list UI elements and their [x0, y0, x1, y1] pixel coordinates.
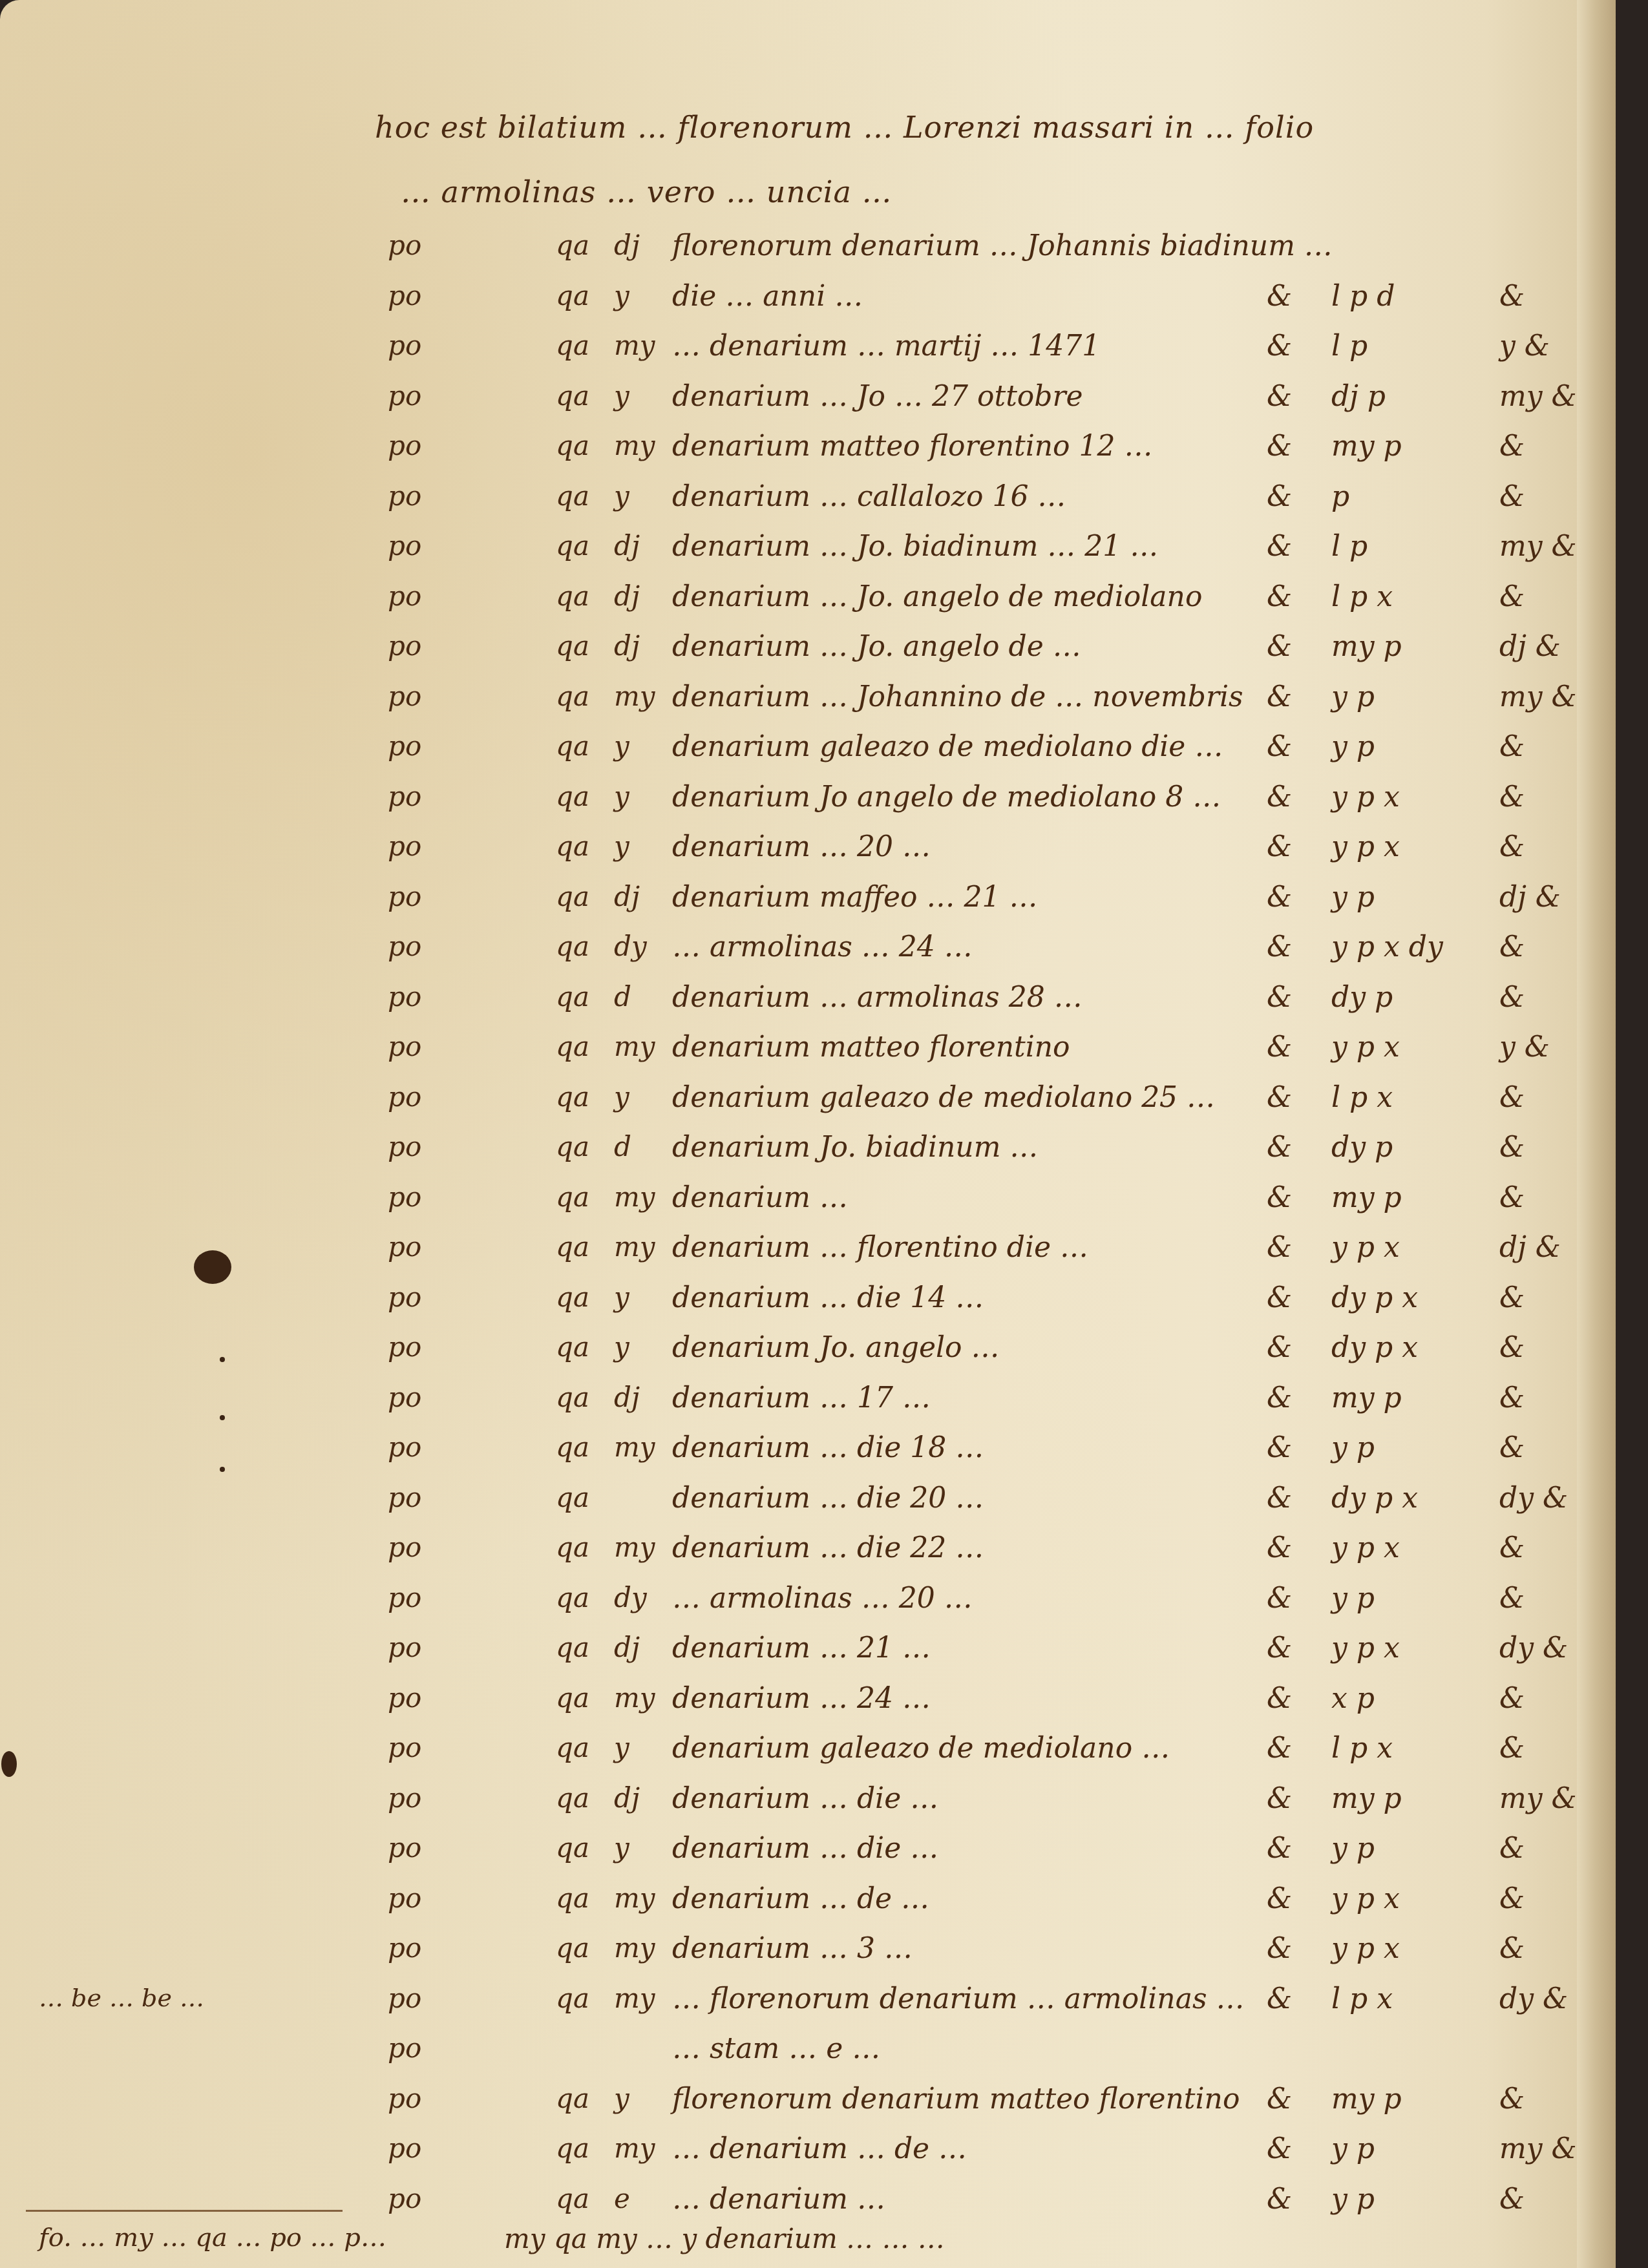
row-value: y p x [1331, 1632, 1400, 1664]
row-end: & [1499, 480, 1525, 513]
row-text: denarium … 21 … [672, 1632, 931, 1664]
row-amp: & [1267, 330, 1292, 362]
row-text: denarium … die … [672, 1782, 938, 1815]
row-qty: my [614, 2132, 655, 2164]
footer-rule [26, 2210, 343, 2212]
ledger-row: poqamydenarium … die 18 …&y p& [0, 1431, 1616, 1478]
row-end: & [1499, 1381, 1525, 1414]
row-qty: y [614, 280, 629, 311]
row-mark: po [388, 1982, 421, 2014]
row-qty: y [614, 730, 629, 762]
row-mark: po [388, 680, 421, 712]
manuscript-page: hoc est bilatium … florenorum … Lorenzi … [0, 0, 1616, 2268]
row-amp: & [1267, 1281, 1292, 1314]
row-value: y p [1331, 881, 1375, 914]
ledger-row: poqaydie … anni …&l p d& [0, 280, 1616, 326]
row-qty: my [614, 430, 655, 461]
row-text: denarium … die 22 … [672, 1531, 984, 1564]
row-qty: my [614, 680, 655, 712]
ledger-row: poqaydenarium … Jo … 27 ottobre&dj pmy & [0, 380, 1616, 426]
row-text: denarium … Jo. biadinum … 21 … [672, 530, 1158, 563]
row-qty: y [614, 2083, 629, 2114]
ledger-row: poqadjdenarium maffeo … 21 …&y pdj & [0, 881, 1616, 927]
row-mark: po [388, 1832, 421, 1864]
ledger-row: poqadjdenarium … 21 …&y p xdy & [0, 1632, 1616, 1678]
row-text: die … anni … [672, 280, 863, 313]
row-id: qa [556, 881, 589, 912]
row-text: … denarium … [672, 2183, 885, 2216]
row-text: … stam … e … [672, 2032, 880, 2065]
row-id: qa [556, 1782, 589, 1814]
row-id: qa [556, 1081, 589, 1113]
ledger-row: poqamy… florenorum denarium … armolinas … [0, 1982, 1616, 2029]
row-qty: dj [614, 580, 640, 612]
row-mark: po [388, 2183, 421, 2214]
row-value: l p [1331, 330, 1368, 362]
row-amp: & [1267, 1081, 1292, 1114]
row-id: qa [556, 1932, 589, 1964]
row-qty: dj [614, 530, 640, 562]
row-value: l p [1331, 530, 1368, 563]
row-value: dy p x [1331, 1331, 1418, 1364]
row-qty: y [614, 830, 629, 862]
row-end: dy & [1499, 1982, 1568, 2015]
row-id: qa [556, 229, 589, 261]
row-end: dj & [1499, 630, 1561, 663]
row-mark: po [388, 981, 421, 1013]
row-value: l p d [1331, 280, 1395, 313]
row-text: denarium … de … [672, 1882, 929, 1915]
row-end: & [1499, 781, 1525, 814]
row-text: denarium … Jo. angelo de mediolano [672, 580, 1202, 613]
row-mark: po [388, 430, 421, 461]
row-value: y p x [1331, 1882, 1400, 1915]
ledger-row: poqae… denarium …&y p& [0, 2183, 1616, 2229]
row-mark: po [388, 2032, 421, 2064]
ledger-row: poqaydenarium galeazo de mediolano die …… [0, 730, 1616, 777]
ledger-row: po… stam … e … [0, 2032, 1616, 2079]
row-end: & [1499, 1832, 1525, 1865]
row-mark: po [388, 1231, 421, 1263]
ledger-row: poqadjdenarium … Jo. biadinum … 21 …&l p… [0, 530, 1616, 576]
row-text: denarium maffeo … 21 … [672, 881, 1038, 914]
row-qty: my [614, 1982, 655, 2014]
row-id: qa [556, 680, 589, 712]
row-value: y p x [1331, 1932, 1400, 1965]
row-end: & [1499, 2183, 1525, 2216]
row-mark: po [388, 1031, 421, 1062]
row-mark: po [388, 2083, 421, 2114]
row-amp: & [1267, 580, 1292, 613]
row-amp: & [1267, 2132, 1292, 2165]
row-qty: dj [614, 229, 640, 261]
row-amp: & [1267, 1331, 1292, 1364]
row-mark: po [388, 1732, 421, 1763]
row-text: … florenorum denarium … armolinas … [672, 1982, 1244, 2015]
row-end: y & [1499, 1031, 1550, 1064]
row-amp: & [1267, 1231, 1292, 1264]
row-text: denarium … die 14 … [672, 1281, 984, 1314]
row-text: denarium … die 20 … [672, 1482, 984, 1515]
row-amp: & [1267, 1531, 1292, 1564]
row-amp: & [1267, 1431, 1292, 1464]
row-end: dy & [1499, 1632, 1568, 1664]
row-qty: y [614, 781, 629, 812]
ledger-row: poqaydenarium … die 14 …&dy p x& [0, 1281, 1616, 1328]
row-amp: & [1267, 830, 1292, 863]
row-qty: my [614, 1031, 655, 1062]
row-qty: my [614, 1932, 655, 1964]
row-id: qa [556, 480, 589, 512]
row-id: qa [556, 1281, 589, 1313]
row-text: denarium … armolinas 28 … [672, 981, 1083, 1014]
row-qty: y [614, 480, 629, 512]
row-mark: po [388, 1281, 421, 1313]
row-id: qa [556, 1632, 589, 1663]
row-end: & [1499, 981, 1525, 1014]
row-amp: & [1267, 1782, 1292, 1815]
row-qty: y [614, 1281, 629, 1313]
row-mark: po [388, 1131, 421, 1162]
row-id: qa [556, 1732, 589, 1763]
row-mark: po [388, 280, 421, 311]
row-qty: y [614, 1732, 629, 1763]
row-value: y p x [1331, 1031, 1400, 1064]
row-qty: my [614, 1231, 655, 1263]
row-end: & [1499, 830, 1525, 863]
ledger-row: poqady… armolinas … 20 …&y p& [0, 1582, 1616, 1628]
row-amp: & [1267, 430, 1292, 463]
row-amp: & [1267, 781, 1292, 814]
row-qty: my [614, 1682, 655, 1714]
row-end: & [1499, 930, 1525, 963]
row-end: & [1499, 1281, 1525, 1314]
row-id: qa [556, 1582, 589, 1613]
row-mark: po [388, 1682, 421, 1714]
row-value: dy p x [1331, 1281, 1418, 1314]
row-value: my p [1331, 430, 1402, 463]
row-id: qa [556, 580, 589, 612]
row-amp: & [1267, 680, 1292, 713]
row-end: y & [1499, 330, 1550, 362]
row-qty: y [614, 1331, 629, 1363]
row-text: denarium … Johannino de … novembris [672, 680, 1243, 713]
row-amp: & [1267, 1832, 1292, 1865]
row-value: y p [1331, 680, 1375, 713]
row-text: denarium … 17 … [672, 1381, 931, 1414]
row-amp: & [1267, 1381, 1292, 1414]
row-value: dy p [1331, 1131, 1393, 1164]
row-text: denarium … [672, 1181, 848, 1214]
ledger-row: poqadenarium … die 20 …&dy p xdy & [0, 1482, 1616, 1528]
row-value: y p [1331, 2132, 1375, 2165]
row-qty: my [614, 1531, 655, 1563]
row-amp: & [1267, 1582, 1292, 1615]
row-id: qa [556, 1331, 589, 1363]
row-amp: & [1267, 1031, 1292, 1064]
row-value: p [1331, 480, 1349, 513]
row-id: qa [556, 1131, 589, 1162]
row-end: & [1499, 280, 1525, 313]
row-id: qa [556, 2132, 589, 2164]
row-end: my & [1499, 2132, 1577, 2165]
row-text: denarium … Jo … 27 ottobre [672, 380, 1083, 413]
row-mark: po [388, 1932, 421, 1964]
heading-line-1: hoc est bilatium … florenorum … Lorenzi … [375, 110, 1314, 145]
ledger-row: poqadjflorenorum denarium … Johannis bia… [0, 229, 1616, 276]
row-text: … armolinas … 24 … [672, 930, 973, 963]
ledger-row: poqamydenarium …&my p& [0, 1181, 1616, 1228]
row-mark: po [388, 2132, 421, 2164]
row-text: denarium matteo florentino [672, 1031, 1070, 1064]
row-end: & [1499, 2083, 1525, 2116]
row-value: y p x [1331, 781, 1400, 814]
row-mark: po [388, 881, 421, 912]
row-value: my p [1331, 1782, 1402, 1815]
row-id: qa [556, 1682, 589, 1714]
row-id: qa [556, 1431, 589, 1463]
row-id: qa [556, 330, 589, 361]
row-amp: & [1267, 981, 1292, 1014]
row-end: my & [1499, 680, 1577, 713]
row-mark: po [388, 1431, 421, 1463]
row-text: denarium … florentino die … [672, 1231, 1088, 1264]
row-id: qa [556, 730, 589, 762]
row-mark: po [388, 1081, 421, 1113]
row-id: qa [556, 830, 589, 862]
ledger-row: poqaydenarium Jo angelo de mediolano 8 …… [0, 781, 1616, 827]
ledger-row: poqadjdenarium … die …&my pmy & [0, 1782, 1616, 1829]
row-mark: po [388, 229, 421, 261]
row-end: my & [1499, 380, 1577, 413]
row-amp: & [1267, 881, 1292, 914]
row-id: qa [556, 1231, 589, 1263]
row-amp: & [1267, 1632, 1292, 1664]
row-value: y p [1331, 730, 1375, 763]
row-id: qa [556, 1381, 589, 1413]
row-text: denarium Jo. biadinum … [672, 1131, 1038, 1164]
ledger-row: poqadjdenarium … Jo. angelo de …&my pdj … [0, 630, 1616, 677]
left-margin-note: … be … be … [39, 1984, 204, 2012]
row-amp: & [1267, 2083, 1292, 2116]
row-qty: dj [614, 1782, 640, 1814]
row-end: & [1499, 1682, 1525, 1715]
row-end: & [1499, 1431, 1525, 1464]
row-mark: po [388, 1531, 421, 1563]
row-id: qa [556, 1531, 589, 1563]
row-text: denarium Jo. angelo … [672, 1331, 1000, 1364]
row-amp: & [1267, 2183, 1292, 2216]
row-text: florenorum denarium … Johannis biadinum … [672, 229, 1333, 262]
row-amp: & [1267, 480, 1292, 513]
ledger-row: poqamydenarium … 24 …&x p& [0, 1682, 1616, 1728]
footer-main: my qa my … y denarium … … … [504, 2223, 945, 2254]
row-amp: & [1267, 530, 1292, 563]
ledger-row: poqadjdenarium … Jo. angelo de mediolano… [0, 580, 1616, 627]
row-end: & [1499, 1181, 1525, 1214]
row-text: denarium … 20 … [672, 830, 931, 863]
row-amp: & [1267, 930, 1292, 963]
row-id: qa [556, 2083, 589, 2114]
row-end: & [1499, 1882, 1525, 1915]
row-value: y p x dy [1331, 930, 1443, 963]
row-end: & [1499, 1131, 1525, 1164]
row-mark: po [388, 480, 421, 512]
row-value: y p [1331, 2183, 1375, 2216]
row-value: y p x [1331, 1531, 1400, 1564]
row-end: my & [1499, 1782, 1577, 1815]
ledger-row: poqaydenarium galeazo de mediolano …&l p… [0, 1732, 1616, 1778]
row-text: denarium … die 18 … [672, 1431, 984, 1464]
row-id: qa [556, 2183, 589, 2214]
row-text: florenorum denarium matteo florentino [672, 2083, 1240, 2116]
row-end: dj & [1499, 881, 1561, 914]
row-qty: e [614, 2183, 630, 2214]
row-mark: po [388, 1582, 421, 1613]
row-end: & [1499, 730, 1525, 763]
row-amp: & [1267, 1482, 1292, 1515]
row-text: denarium galeazo de mediolano … [672, 1732, 1170, 1765]
ledger-row: poqamydenarium … Johannino de … novembri… [0, 680, 1616, 727]
row-text: denarium matteo florentino 12 … [672, 430, 1153, 463]
row-value: my p [1331, 2083, 1402, 2116]
row-value: y p [1331, 1832, 1375, 1865]
row-text: denarium … callalozo 16 … [672, 480, 1066, 513]
row-mark: po [388, 530, 421, 562]
row-qty: y [614, 1832, 629, 1864]
row-end: & [1499, 430, 1525, 463]
row-qty: dj [614, 881, 640, 912]
row-text: denarium … 24 … [672, 1682, 931, 1715]
ledger-row: poqadjdenarium … 17 …&my p& [0, 1381, 1616, 1428]
row-qty: my [614, 1431, 655, 1463]
row-mark: po [388, 730, 421, 762]
row-amp: & [1267, 1932, 1292, 1965]
row-id: qa [556, 1482, 589, 1513]
footer-left: fo. … my … qa … po … p… [39, 2223, 386, 2252]
row-mark: po [388, 1882, 421, 1914]
row-value: y p x [1331, 830, 1400, 863]
row-id: qa [556, 530, 589, 562]
ledger-row: poqamydenarium … 3 …&y p x& [0, 1932, 1616, 1979]
row-end: & [1499, 1582, 1525, 1615]
row-id: qa [556, 430, 589, 461]
ledger-row: poqady… armolinas … 24 …&y p x dy& [0, 930, 1616, 977]
row-mark: po [388, 830, 421, 862]
row-qty: dy [614, 1582, 647, 1613]
ledger-row: poqaydenarium galeazo de mediolano 25 …&… [0, 1081, 1616, 1128]
row-amp: & [1267, 1882, 1292, 1915]
row-value: my p [1331, 1381, 1402, 1414]
row-amp: & [1267, 280, 1292, 313]
row-mark: po [388, 1482, 421, 1513]
row-text: denarium Jo angelo de mediolano 8 … [672, 781, 1221, 814]
row-qty: d [614, 1131, 631, 1162]
ledger-row: poqayflorenorum denarium matteo florenti… [0, 2083, 1616, 2129]
row-end: & [1499, 1932, 1525, 1965]
row-mark: po [388, 630, 421, 662]
row-mark: po [388, 1331, 421, 1363]
row-end: my & [1499, 530, 1577, 563]
row-qty: dy [614, 930, 647, 962]
row-id: qa [556, 1181, 589, 1213]
row-id: qa [556, 1982, 589, 2014]
row-qty: dj [614, 1632, 640, 1663]
ledger-row: poqamydenarium … florentino die …&y p xd… [0, 1231, 1616, 1277]
row-end: & [1499, 1331, 1525, 1364]
row-text: … denarium … de … [672, 2132, 967, 2165]
row-value: l p x [1331, 1982, 1393, 2015]
ledger-row: poqamydenarium … die 22 …&y p x& [0, 1531, 1616, 1578]
row-value: y p [1331, 1431, 1375, 1464]
row-value: l p x [1331, 1081, 1393, 1114]
row-text: denarium … 3 … [672, 1932, 913, 1965]
row-qty: d [614, 981, 631, 1013]
row-text: denarium galeazo de mediolano die … [672, 730, 1223, 763]
row-value: dy p [1331, 981, 1393, 1014]
row-end: dy & [1499, 1482, 1568, 1515]
heading-line-2: … armolinas … vero … uncia … [401, 174, 893, 209]
row-end: & [1499, 1081, 1525, 1114]
ledger-row: poqamydenarium matteo florentino&y p xy … [0, 1031, 1616, 1077]
ledger-row: poqamydenarium matteo florentino 12 …&my… [0, 430, 1616, 476]
row-mark: po [388, 1181, 421, 1213]
ledger-row: poqamy… denarium … de …&y pmy & [0, 2132, 1616, 2179]
row-mark: po [388, 1632, 421, 1663]
row-end: dj & [1499, 1231, 1561, 1264]
row-id: qa [556, 781, 589, 812]
row-mark: po [388, 930, 421, 962]
row-id: qa [556, 1832, 589, 1864]
row-qty: my [614, 1181, 655, 1213]
row-amp: & [1267, 1682, 1292, 1715]
row-id: qa [556, 380, 589, 412]
row-qty: my [614, 330, 655, 361]
ledger-row: poqaydenarium Jo. angelo …&dy p x& [0, 1331, 1616, 1378]
row-text: … denarium … martij … 1471 [672, 330, 1100, 362]
row-qty: dj [614, 630, 640, 662]
row-id: qa [556, 930, 589, 962]
ledger-row: poqaydenarium … callalozo 16 …&p& [0, 480, 1616, 527]
row-value: dy p x [1331, 1482, 1418, 1515]
row-id: qa [556, 630, 589, 662]
row-value: dj p [1331, 380, 1386, 413]
ledger-row: poqaddenarium Jo. biadinum …&dy p& [0, 1131, 1616, 1177]
row-qty: y [614, 380, 629, 412]
row-value: l p x [1331, 1732, 1393, 1765]
row-value: my p [1331, 630, 1402, 663]
row-mark: po [388, 380, 421, 412]
ledger-row: poqaydenarium … 20 …&y p x& [0, 830, 1616, 877]
row-mark: po [388, 1782, 421, 1814]
row-id: qa [556, 1882, 589, 1914]
row-text: denarium … Jo. angelo de … [672, 630, 1081, 663]
row-value: y p [1331, 1582, 1375, 1615]
row-value: my p [1331, 1181, 1402, 1214]
row-mark: po [388, 330, 421, 361]
row-id: qa [556, 280, 589, 311]
row-end: & [1499, 1732, 1525, 1765]
ledger-row: poqamy… denarium … martij … 1471&l py & [0, 330, 1616, 376]
row-amp: & [1267, 630, 1292, 663]
row-amp: & [1267, 1181, 1292, 1214]
row-text: … armolinas … 20 … [672, 1582, 973, 1615]
row-id: qa [556, 1031, 589, 1062]
row-amp: & [1267, 730, 1292, 763]
ledger-row: poqamydenarium … de …&y p x& [0, 1882, 1616, 1929]
row-amp: & [1267, 380, 1292, 413]
row-amp: & [1267, 1732, 1292, 1765]
